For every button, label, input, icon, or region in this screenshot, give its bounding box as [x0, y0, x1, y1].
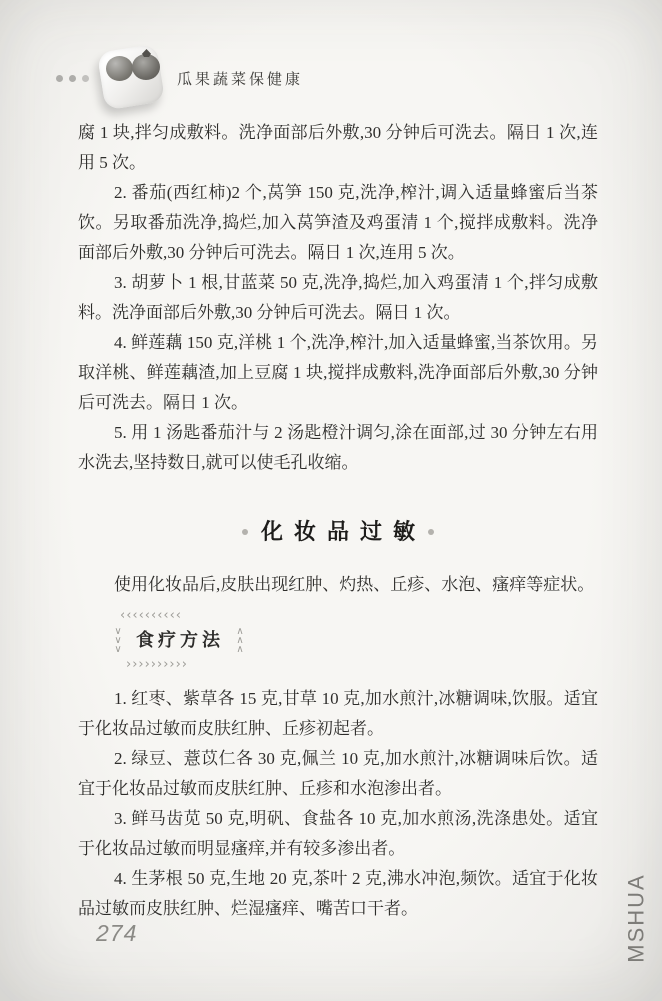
remedy-item: 3. 鲜马齿苋 50 克,明矾、食盐各 10 克,加水煎汤,洗涤患处。适宜于化妆… [78, 804, 598, 864]
badge-border-left: ∨∨∨ [112, 627, 124, 654]
diet-therapy-badge: ‹‹‹‹‹‹‹‹‹‹ ∨∨∨ 食疗方法 ∧∧∧ ›››››››››› [112, 610, 246, 670]
title-dot-icon [242, 529, 248, 535]
side-watermark: MSHUA [624, 873, 650, 962]
remedy-item: 1. 红枣、紫草各 15 克,甘草 10 克,加水煎汁,冰糖调味,饮服。适宜于化… [78, 684, 598, 744]
title-dot-icon [428, 529, 434, 535]
page-number: 274 [96, 920, 137, 947]
badge-border-top: ‹‹‹‹‹‹‹‹‹‹ [112, 610, 246, 621]
remedy-item: 2. 番茄(西红柿)2 个,莴笋 150 克,洗净,榨汁,调入适量蜂蜜后当茶饮。… [78, 178, 598, 268]
fruit-plate-logo-icon [93, 38, 171, 118]
book-title: 瓜果蔬菜保健康 [177, 68, 303, 89]
tomato-icon [132, 54, 160, 80]
fruit-icon [106, 56, 133, 81]
dot-icon [56, 75, 63, 82]
section-intro: 使用化妆品后,皮肤出现红肿、灼热、丘疹、水泡、瘙痒等症状。 [78, 570, 598, 600]
remedy-item: 2. 绿豆、薏苡仁各 30 克,佩兰 10 克,加水煎汁,冰糖调味后饮。适宜于化… [78, 744, 598, 804]
page-header: 瓜果蔬菜保健康 [56, 38, 303, 118]
continued-paragraph: 腐 1 块,拌匀成敷料。洗净面部后外敷,30 分钟后可洗去。隔日 1 次,连用 … [78, 118, 598, 178]
section-title-text: 化妆品过敏 [261, 516, 426, 548]
badge-label: 食疗方法 [124, 621, 234, 659]
remedy-item: 3. 胡萝卜 1 根,甘蓝菜 50 克,洗净,捣烂,加入鸡蛋清 1 个,拌匀成敷… [78, 268, 598, 328]
header-dots-decoration [56, 75, 89, 82]
badge-border-right: ∧∧∧ [234, 627, 246, 654]
page-content: 腐 1 块,拌匀成敷料。洗净面部后外敷,30 分钟后可洗去。隔日 1 次,连用 … [78, 118, 598, 924]
dot-icon [82, 75, 89, 82]
remedy-item: 4. 生茅根 50 克,生地 20 克,茶叶 2 克,沸水冲泡,频饮。适宜于化妆… [78, 864, 598, 924]
section-remedies: 1. 红枣、紫草各 15 克,甘草 10 克,加水煎汁,冰糖调味,饮服。适宜于化… [78, 684, 598, 924]
remedy-item: 5. 用 1 汤匙番茄汁与 2 汤匙橙汁调匀,涂在面部,过 30 分钟左右用水洗… [78, 418, 598, 478]
badge-middle: ∨∨∨ 食疗方法 ∧∧∧ [112, 621, 246, 659]
remedy-item: 4. 鲜莲藕 150 克,洋桃 1 个,洗净,榨汁,加入适量蜂蜜,当茶饮用。另取… [78, 328, 598, 418]
section-title: 化妆品过敏 [78, 516, 598, 548]
dot-icon [69, 75, 76, 82]
side-watermark-box: MSHUA [616, 853, 658, 983]
book-page: 瓜果蔬菜保健康 腐 1 块,拌匀成敷料。洗净面部后外敷,30 分钟后可洗去。隔日… [0, 0, 662, 1001]
badge-border-bottom: ›››››››››› [112, 659, 246, 670]
